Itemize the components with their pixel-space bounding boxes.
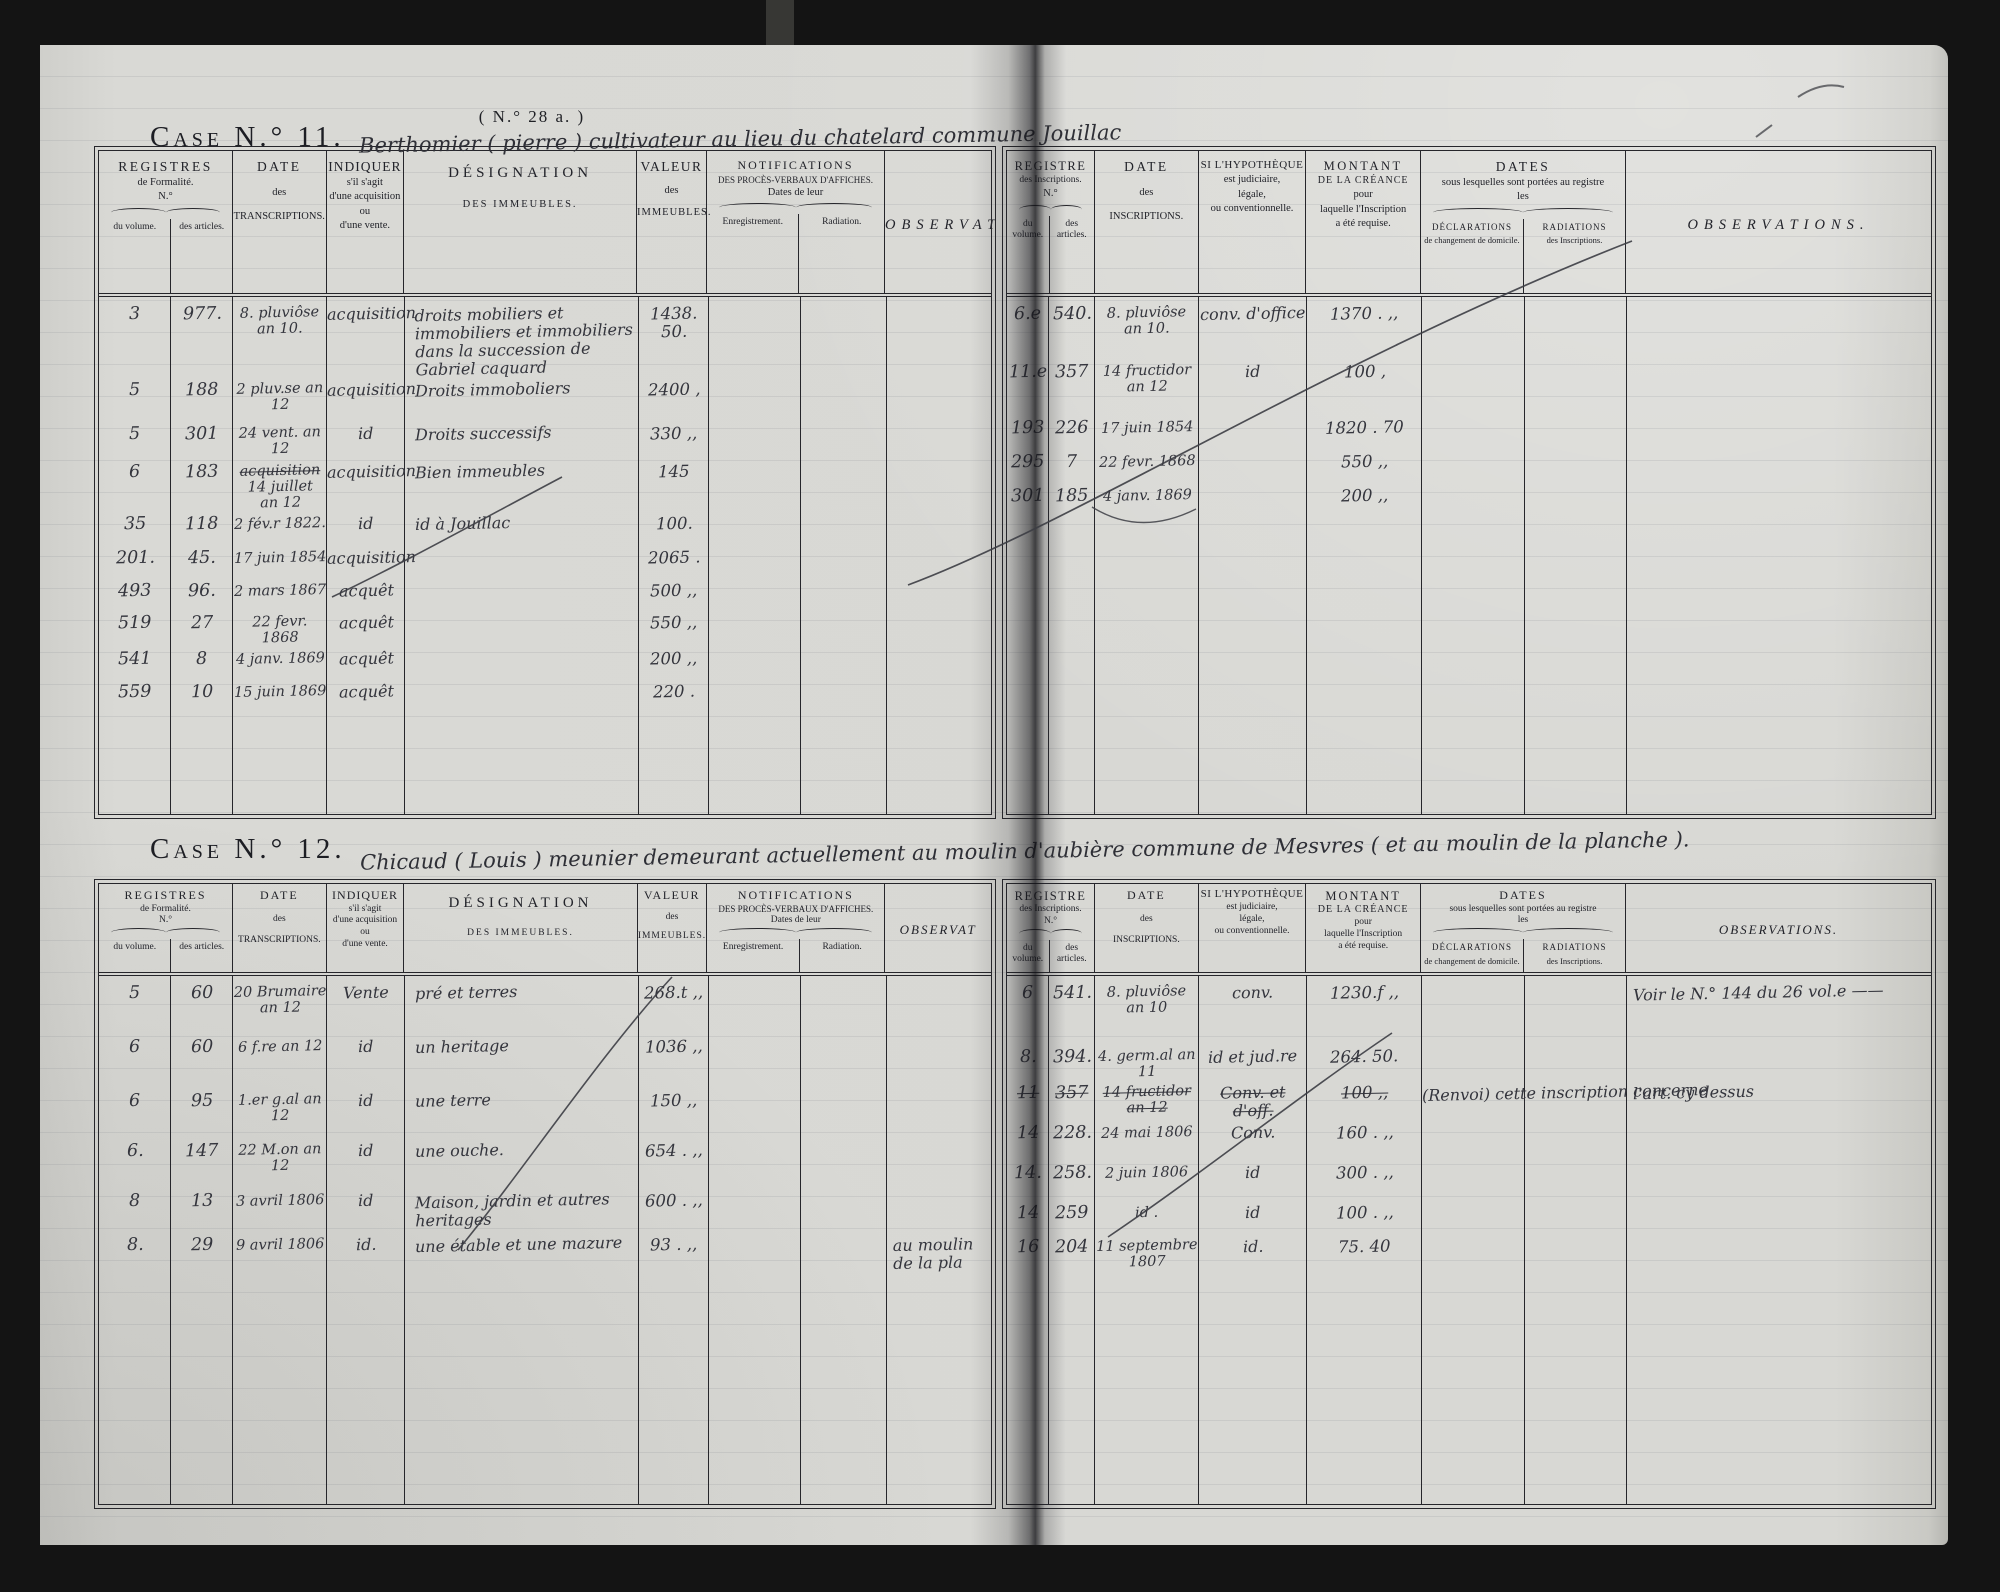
cell-hypo: id. [1199, 1235, 1307, 1273]
case-12-formalites-table: REGISTRES de Formalité. N.° du volume. d… [98, 883, 992, 1505]
cell-decl: (Renvoi) cette inscription concerne [1422, 1081, 1525, 1121]
table-row: 8133 avril 1806idMaison, jardin et autre… [99, 1189, 991, 1233]
cell-enr [709, 546, 801, 579]
subcol-volume: du volume. [1007, 216, 1049, 293]
cell-date: 2 pluv.se an 12 [233, 378, 327, 422]
col-sub: DES IMMEUBLES. [404, 928, 636, 940]
cell-vol: 193 [1007, 416, 1049, 450]
table-header-transcriptions: REGISTRES de Formalité. N.° du volume. d… [99, 151, 991, 297]
cell-radi [1525, 302, 1627, 360]
cell-rad [801, 512, 887, 546]
cell-enr [709, 1139, 801, 1189]
scanned-register-spread: ( N.° 28 a. ) Case N.° 11. Berthomier ( … [0, 0, 2000, 1592]
col-sub: N.° [99, 915, 232, 927]
table-row: 351182 fév.r 1822.idid à Jouillac100. [99, 512, 991, 546]
cell-art: 204 [1049, 1235, 1095, 1273]
cell-vol: 295 [1007, 450, 1049, 484]
subcol-volume: du volume. [99, 219, 170, 293]
cell-enr [709, 460, 801, 512]
cell-art: 357 [1049, 360, 1095, 416]
subcol-volume: du volume. [1007, 940, 1049, 972]
case-12-inscriptions-body: 6541.8. pluviôse an 10conv.1230.f ,,Voir… [1007, 976, 1931, 1504]
col-sub: N.° [99, 190, 232, 204]
cell-rad [801, 460, 887, 512]
subcol-title: RADIATIONS [1524, 939, 1625, 953]
cell-rad [801, 1139, 887, 1189]
table-row: 51882 pluv.se an 12acquisitionDroits imm… [99, 378, 991, 422]
cell-rad [801, 1035, 887, 1089]
cell-vol: 8. [1007, 1045, 1049, 1081]
cell-enr [709, 1233, 801, 1279]
col-sub: d'une acquisition [327, 190, 404, 204]
table-row: 56020 Brumaire an 12Ventepré et terres26… [99, 976, 991, 1035]
col-sub: DES IMMEUBLES. [404, 198, 636, 212]
cell-vol: 3 [99, 302, 171, 378]
cell-decl [1422, 416, 1525, 450]
cell-hypo [1199, 416, 1307, 450]
table-row: 8.394.4. germ.al an 11id et jud.re264. 5… [1007, 1045, 1931, 1081]
cell-rad [801, 611, 887, 647]
col-sub: sous lesquelles sont portées au registre [1421, 176, 1625, 190]
cell-vol: 14 [1007, 1121, 1049, 1161]
cell-art: 226 [1049, 416, 1095, 450]
cell-radi [1525, 1121, 1627, 1161]
cell-val: 550 ,, [639, 611, 709, 647]
cell-obs [887, 579, 993, 611]
col-sub: TRANSCRIPTIONS. [233, 210, 326, 224]
subcol-title: RADIATIONS [1524, 219, 1625, 233]
cell-vol: 6 [99, 1035, 171, 1089]
cell-art: 394. [1049, 1045, 1095, 1081]
cell-rad [801, 1189, 887, 1233]
table-row: 6606 f.re an 12idun heritage1036 ,, [99, 1035, 991, 1089]
cell-val: 2065 . [639, 546, 709, 579]
cell-obs [1627, 1161, 1933, 1201]
cell-rad [801, 579, 887, 611]
cell-decl [1422, 450, 1525, 484]
case-holder-name: Chicaud ( Louis ) meunier demeurant actu… [360, 827, 1690, 874]
cell-desig [405, 611, 639, 647]
cell-date: acquisition14 juillet an 12 [233, 460, 327, 512]
cell-date: 8. pluviôse an 10 [1095, 981, 1199, 1045]
cell-obs [1627, 360, 1933, 416]
cell-obs [887, 981, 993, 1035]
cell-mont: 75. 40 [1307, 1235, 1422, 1273]
column-designation: DÉSIGNATION DES IMMEUBLES. [404, 884, 637, 972]
cell-vol: 5 [99, 981, 171, 1035]
col-sub: ou conventionnelle. [1199, 202, 1306, 216]
col-sub: a été requise. [1306, 941, 1420, 953]
cell-val: 600 . ,, [639, 1189, 709, 1233]
col-sub: laquelle l'Inscription [1306, 203, 1420, 217]
table-row: 8.299 avril 1806id.une étable et une maz… [99, 1233, 991, 1279]
col-sub: Dates de leur [707, 915, 884, 927]
cell-rad [801, 1233, 887, 1279]
column-hypotheque: SI L'HYPOTHÈQUE est judiciaire, légale, … [1199, 884, 1307, 972]
column-indiquer: INDIQUER s'il s'agit d'une acquisition o… [327, 151, 405, 293]
cell-rad [801, 378, 887, 422]
cell-art: 10 [171, 680, 233, 716]
cell-obs [1627, 1235, 1933, 1273]
col-sub: N.° [1007, 187, 1094, 201]
cell-enr [709, 1089, 801, 1139]
brace-ornament [1019, 205, 1082, 214]
cell-date: 2 fév.r 1822. [233, 512, 327, 546]
column-notifications: NOTIFICATIONS DES PROCÈS-VERBAUX D'AFFIC… [707, 151, 885, 293]
col-sub: des [1095, 186, 1198, 200]
cell-obs [887, 1189, 993, 1233]
cell-decl [1422, 1045, 1525, 1081]
cell-radi [1525, 360, 1627, 416]
cell-val: 268.t ,, [639, 981, 709, 1035]
col-sub: ou [327, 927, 404, 939]
cell-decl [1422, 484, 1525, 522]
cell-enr [709, 579, 801, 611]
cell-vol: 11 [1007, 1081, 1049, 1121]
cell-kind: acquêt [327, 611, 405, 647]
col-title: VALEUR [638, 888, 707, 904]
subcol-articles: des articles. [170, 939, 232, 972]
brace-ornament [1019, 929, 1082, 938]
subcol-radiation: Radiation. [798, 214, 884, 293]
col-sub: d'une acquisition [327, 915, 404, 927]
col-sub: légale, [1199, 914, 1306, 926]
cell-radi [1525, 416, 1627, 450]
col-title: VALEUR [637, 158, 706, 176]
cell-art: 96. [171, 579, 233, 611]
col-title: DÉSIGNATION [404, 164, 636, 184]
cell-vol: 301 [1007, 484, 1049, 522]
cell-obs [887, 460, 993, 512]
col-sub: ou conventionnelle. [1199, 926, 1306, 938]
cell-vol: 11.e [1007, 360, 1049, 416]
cell-mont: 1370 . ,, [1307, 302, 1422, 360]
cell-date: 11 septembre 1807 [1095, 1235, 1199, 1273]
cell-obs [887, 647, 993, 680]
cell-val: 1438. 50. [639, 302, 709, 378]
table-row: 14228.24 mai 1806Conv.160 . ,, [1007, 1121, 1931, 1161]
cell-kind: acquêt [327, 579, 405, 611]
brace-ornament [111, 208, 220, 217]
case-label: Case N.° 12. [150, 833, 346, 865]
column-valeur: VALEUR des IMMEUBLES. [638, 884, 708, 972]
cell-decl [1422, 1201, 1525, 1235]
cell-obs [887, 512, 993, 546]
cell-val: 150 ,, [639, 1089, 709, 1139]
col-sub: de Formalité. [99, 176, 232, 190]
cell-vol: 6. [99, 1139, 171, 1189]
cell-obs [1627, 1201, 1933, 1235]
cell-obs [887, 422, 993, 460]
cell-kind: acquisition [327, 378, 405, 422]
table-header-transcriptions: REGISTRES de Formalité. N.° du volume. d… [99, 884, 991, 976]
col-sub: TRANSCRIPTIONS. [233, 935, 326, 947]
cell-date: 9 avril 1806 [233, 1233, 327, 1279]
cell-radi [1525, 1161, 1627, 1201]
col-sub: ou [327, 205, 404, 219]
cell-obs [887, 378, 993, 422]
register-page: ( N.° 28 a. ) Case N.° 11. Berthomier ( … [40, 45, 1948, 1545]
column-hypotheque: SI L'HYPOTHÈQUE est judiciaire, légale, … [1199, 151, 1307, 293]
col-sub: d'une vente. [327, 939, 404, 951]
cell-mont: 264. 50. [1307, 1045, 1422, 1081]
cell-mont: 550 ,, [1307, 450, 1422, 484]
cell-decl [1422, 1161, 1525, 1201]
cell-enr [709, 1189, 801, 1233]
subcol-sub: des Inscriptions. [1524, 953, 1625, 966]
cell-mont: 100 , [1307, 360, 1422, 416]
column-registres: REGISTRES de Formalité. N.° du volume. d… [99, 151, 233, 293]
cell-kind: id [327, 1089, 405, 1139]
cell-desig: un heritage [405, 1035, 639, 1089]
subcol-title: DÉCLARATIONS [1421, 939, 1523, 953]
cell-radi [1525, 981, 1627, 1045]
cell-desig: Maison, jardin et autres heritages [405, 1189, 639, 1233]
col-sub: est judiciaire, [1199, 902, 1306, 914]
cell-art: 60 [171, 1035, 233, 1089]
column-registre: REGISTRE des Inscriptions. N.° du volume… [1007, 884, 1095, 972]
cell-desig: droits mobiliers et immobiliers et immob… [405, 302, 639, 378]
column-montant: MONTANT DE LA CRÉANCE pour laquelle l'In… [1306, 151, 1421, 293]
cell-obs [1627, 416, 1933, 450]
cell-enr [709, 512, 801, 546]
cell-decl [1422, 302, 1525, 360]
col-title: OBSERVAT [885, 922, 991, 939]
cell-desig [405, 647, 639, 680]
cell-art: 188 [171, 378, 233, 422]
cell-val: 145 [639, 460, 709, 512]
col-sub: les [1421, 190, 1625, 204]
cell-enr [709, 302, 801, 378]
cell-date: 22 fevr. 1868 [1095, 450, 1199, 484]
cell-art: 118 [171, 512, 233, 546]
subcol-radiations: RADIATIONS des Inscriptions. [1523, 939, 1625, 972]
cell-mont: 100 . ,, [1307, 1201, 1422, 1235]
cell-decl [1422, 981, 1525, 1045]
col-sub: des [637, 184, 706, 198]
cell-art: 95 [171, 1089, 233, 1139]
cell-art: 27 [171, 611, 233, 647]
cell-date: id . [1095, 1201, 1199, 1235]
col-sub: de Formalité. [99, 904, 232, 916]
brace-ornament [1433, 928, 1613, 937]
cell-desig: Bien immeubles [405, 460, 639, 512]
col-title: DATE [233, 888, 326, 904]
cell-kind: acquisition [327, 302, 405, 378]
cell-val: 330 ,, [639, 422, 709, 460]
cell-obs: l'art. cy dessus [1627, 1081, 1933, 1121]
case-11-inscriptions-body: 6.e540.8. pluviôse an 10.conv. d'office1… [1007, 297, 1931, 814]
subcol-articles: des articles. [1049, 216, 1094, 293]
cell-val: 654 . ,, [639, 1139, 709, 1189]
col-sub: INSCRIPTIONS. [1095, 935, 1198, 947]
cell-date: 15 juin 1869 [233, 680, 327, 716]
cell-enr [709, 422, 801, 460]
col-sub: laquelle l'Inscription [1306, 929, 1420, 941]
cell-enr [709, 680, 801, 716]
subcol-declarations: DÉCLARATIONS de changement de domicile. [1421, 939, 1523, 972]
table-row: 5192722 fevr. 1868acquêt550 ,, [99, 611, 991, 647]
table-row: 19322617 juin 18541820 . 70 [1007, 416, 1931, 450]
subcol-volume: du volume. [99, 939, 170, 972]
table-row: 54184 janv. 1869acquêt200 ,, [99, 647, 991, 680]
cell-desig: Droits successifs [405, 422, 639, 460]
col-title: REGISTRE [1007, 158, 1094, 174]
cell-vol: 559 [99, 680, 171, 716]
col-sub: pour [1306, 917, 1420, 929]
cell-kind: id. [327, 1233, 405, 1279]
cell-obs [1627, 484, 1933, 522]
table-header-inscriptions: REGISTRE des Inscriptions. N.° du volume… [1007, 151, 1931, 297]
col-sub: des Inscriptions. [1007, 904, 1094, 916]
case-holder-name: Berthomier ( pierre ) cultivateur au lie… [358, 120, 1121, 157]
table-row: 6541.8. pluviôse an 10conv.1230.f ,,Voir… [1007, 976, 1931, 1045]
col-title: NOTIFICATIONS [707, 158, 884, 174]
cell-rad [801, 647, 887, 680]
col-title: DATES [1421, 158, 1625, 176]
col-title: OBSERVATIONS. [1626, 922, 1931, 939]
cell-rad [801, 981, 887, 1035]
brace-ornament [719, 928, 872, 937]
cell-mont: 300 . ,, [1307, 1161, 1422, 1201]
cell-obs: au moulin de la pla [887, 1233, 993, 1279]
cell-desig [405, 680, 639, 716]
cell-art: 259 [1049, 1201, 1095, 1235]
column-montant: MONTANT DE LA CRÉANCE pour laquelle l'In… [1306, 884, 1421, 972]
cell-art: 977. [171, 302, 233, 378]
cell-art: 7 [1049, 450, 1095, 484]
cell-date: 1.er g.al an 12 [233, 1089, 327, 1139]
col-sub: des [638, 912, 707, 924]
cell-kind: acquêt [327, 680, 405, 716]
table-row: 14259id .id100 . ,, [1007, 1201, 1931, 1235]
cell-art: 541. [1049, 981, 1095, 1045]
col-sub: IMMEUBLES. [638, 931, 707, 943]
cell-rad [801, 302, 887, 378]
cell-art: 45. [171, 546, 233, 579]
subcol-enregistrement: Enregistrement. [707, 939, 798, 972]
col-sub: s'il s'agit [327, 904, 404, 916]
cell-art: 228. [1049, 1121, 1095, 1161]
col-title: DATES [1421, 888, 1625, 904]
table-row: 530124 vent. an 12idDroits successifs330… [99, 422, 991, 460]
table-row: 14.258.2 juin 1806id300 . ,, [1007, 1161, 1931, 1201]
col-title: OBSERVAT [885, 216, 991, 235]
cell-obs [887, 680, 993, 716]
cell-vol: 6 [99, 1089, 171, 1139]
col-sub: des [1095, 914, 1198, 926]
cell-enr [709, 378, 801, 422]
column-indiquer: INDIQUER s'il s'agit d'une acquisition o… [327, 884, 405, 972]
cell-vol: 6 [99, 460, 171, 512]
cell-vol: 519 [99, 611, 171, 647]
cell-obs: Voir le N.° 144 du 26 vol.e —— [1627, 981, 1933, 1045]
cell-vol: 14 [1007, 1201, 1049, 1235]
cell-rad [801, 680, 887, 716]
cell-desig: Droits immoboliers [405, 378, 639, 422]
cell-art: 8 [171, 647, 233, 680]
cell-enr [709, 647, 801, 680]
table-row: 3977.8. pluviôse an 10.acquisitiondroits… [99, 297, 991, 378]
cell-art: 60 [171, 981, 233, 1035]
cell-obs [1627, 450, 1933, 484]
cell-vol: 14. [1007, 1161, 1049, 1201]
cell-vol: 541 [99, 647, 171, 680]
col-sub: s'il s'agit [327, 176, 404, 190]
brace-ornament [1433, 208, 1613, 217]
cell-hypo: id [1199, 1161, 1307, 1201]
cell-date: 22 fevr. 1868 [233, 611, 327, 647]
cell-rad [801, 422, 887, 460]
cell-kind: acquisition [327, 460, 405, 512]
col-sub: les [1421, 915, 1625, 927]
table-row: 201.45.17 juin 1854acquisition2065 . [99, 546, 991, 579]
table-row: 11.e35714 fructidor an 12id100 , [1007, 360, 1931, 416]
col-sub: des Inscriptions. [1007, 174, 1094, 187]
subcol-articles: des articles. [170, 219, 232, 293]
col-sub: est judiciaire, [1199, 173, 1306, 187]
table-row: 6.e540.8. pluviôse an 10.conv. d'office1… [1007, 297, 1931, 360]
subcol-radiations: RADIATIONS des Inscriptions. [1523, 219, 1625, 293]
scan-edge-notch [766, 0, 794, 45]
cell-date: 6 f.re an 12 [233, 1035, 327, 1089]
cell-radi [1525, 484, 1627, 522]
col-title: REGISTRES [99, 888, 232, 904]
cell-decl [1422, 360, 1525, 416]
cell-val: 2400 , [639, 378, 709, 422]
cell-val: 200 ,, [639, 647, 709, 680]
case-12-title: Case N.° 12. Chicaud ( Louis ) meunier d… [150, 833, 1689, 866]
cell-hypo: id [1199, 360, 1307, 416]
cell-kind: Vente [327, 981, 405, 1035]
column-date: DATE des INSCRIPTIONS. [1095, 151, 1199, 293]
cell-obs [887, 611, 993, 647]
cell-obs [887, 1035, 993, 1089]
cell-val: 220 . [639, 680, 709, 716]
column-observations-cut: OBSERVAT [885, 151, 991, 293]
cell-enr [709, 1035, 801, 1089]
cell-obs [887, 1139, 993, 1189]
column-dates: DATES sous lesquelles sont portées au re… [1421, 151, 1626, 293]
table-row: 1135714 fructidor an 12Conv. et d'off.10… [1007, 1081, 1931, 1121]
case-11-formalites-table: REGISTRES de Formalité. N.° du volume. d… [98, 150, 992, 815]
column-observations: OBSERVATIONS. [1626, 884, 1931, 972]
cell-date: 24 vent. an 12 [233, 422, 327, 460]
column-valeur: VALEUR des IMMEUBLES. [637, 151, 707, 293]
col-sub: DE LA CRÉANCE [1306, 904, 1420, 917]
cell-hypo: id [1199, 1201, 1307, 1235]
cell-desig: une terre [405, 1089, 639, 1139]
cell-val: 100. [639, 512, 709, 546]
cell-date: 20 Brumaire an 12 [233, 981, 327, 1035]
col-title: DATE [1095, 888, 1198, 904]
column-notifications: NOTIFICATIONS DES PROCÈS-VERBAUX D'AFFIC… [707, 884, 885, 972]
col-sub: des [233, 914, 326, 926]
table-row: 6183acquisition14 juillet an 12acquisiti… [99, 460, 991, 512]
subcol-radiation: Radiation. [799, 939, 885, 972]
cell-hypo: conv. [1199, 981, 1307, 1045]
table-row: 6951.er g.al an 12idune terre150 ,, [99, 1089, 991, 1139]
cell-art: 357 [1049, 1081, 1095, 1121]
cell-decl [1422, 1121, 1525, 1161]
pen-mark [1756, 85, 1844, 137]
cell-art: 540. [1049, 302, 1095, 360]
cell-vol: 493 [99, 579, 171, 611]
cell-kind: id [327, 1139, 405, 1189]
table-row: 3011854 janv. 1869200 ,, [1007, 484, 1931, 522]
subcol-enregistrement: Enregistrement. [707, 214, 798, 293]
cell-kind: id [327, 512, 405, 546]
